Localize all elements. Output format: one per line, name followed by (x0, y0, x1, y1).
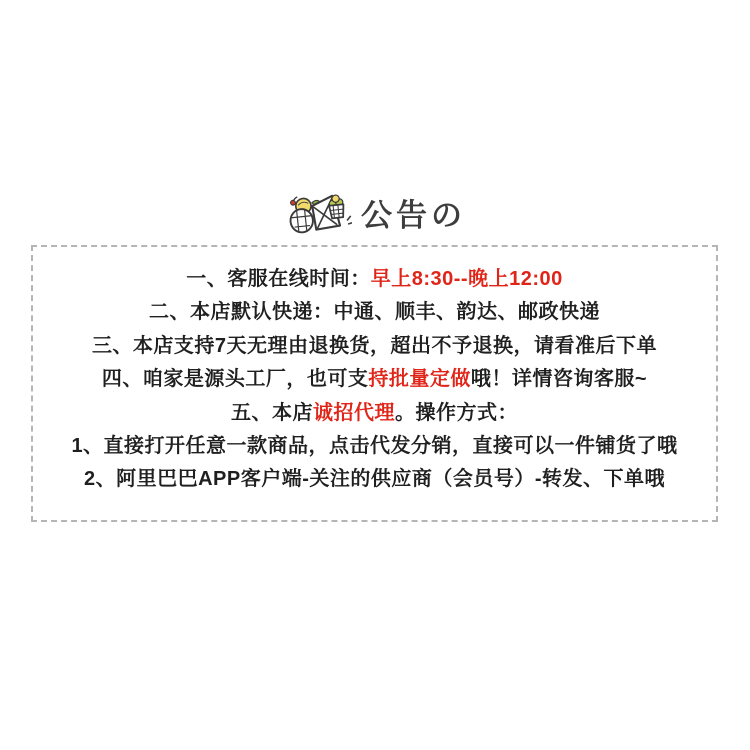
notice-text-segment: 2、阿里巴巴APP客户端-关注的供应商（会员号）-转发、下单哦 (84, 468, 665, 490)
announcement-title: 公告の (361, 200, 466, 231)
notice-text-segment: 哦！详情咨询客服~ (471, 368, 647, 390)
notice-text-segment: 一、客服在线时间： (186, 268, 371, 290)
notice-text-segment: 三、本店支持7天无理由退换货，超出不予退换，请看准后下单 (92, 335, 657, 357)
notice-box: 一、客服在线时间：早上8:30--晚上12:00 二、本店默认快递：中通、顺丰、… (31, 245, 718, 522)
announcement-header: 公告の (0, 188, 750, 242)
notice-line-6: 1、直接打开任意一款商品，点击代发分销，直接可以一件铺货了哦 (33, 430, 716, 463)
megaphone-icon (284, 191, 352, 239)
notice-text-segment: 。操作方式： (395, 402, 518, 424)
notice-text-segment: 1、直接打开任意一款商品，点击代发分销，直接可以一件铺货了哦 (71, 435, 677, 457)
notice-line-1: 一、客服在线时间：早上8:30--晚上12:00 (33, 263, 716, 296)
page: 公告の 一、客服在线时间：早上8:30--晚上12:00 二、本店默认快递：中通… (0, 0, 750, 750)
notice-line-4: 四、咱家是源头工厂，也可支持批量定做哦！详情咨询客服~ (33, 363, 716, 396)
notice-text-segment: 四、咱家是源头工厂，也可支 (102, 368, 369, 390)
notice-line-3: 三、本店支持7天无理由退换货，超出不予退换，请看准后下单 (33, 330, 716, 363)
notice-line-5: 五、本店诚招代理。操作方式： (33, 397, 716, 430)
notice-text-segment: 二、本店默认快递：中通、顺丰、韵达、邮政快递 (149, 301, 600, 323)
notice-text-segment-highlight: 早上8:30--晚上12:00 (371, 268, 563, 290)
notice-line-2: 二、本店默认快递：中通、顺丰、韵达、邮政快递 (33, 296, 716, 329)
notice-line-7: 2、阿里巴巴APP客户端-关注的供应商（会员号）-转发、下单哦 (33, 463, 716, 496)
notice-text-segment: 五、本店 (231, 402, 313, 424)
notice-text-segment-highlight: 持批量定做 (368, 368, 471, 390)
notice-text-segment-highlight: 诚招代理 (313, 402, 395, 424)
